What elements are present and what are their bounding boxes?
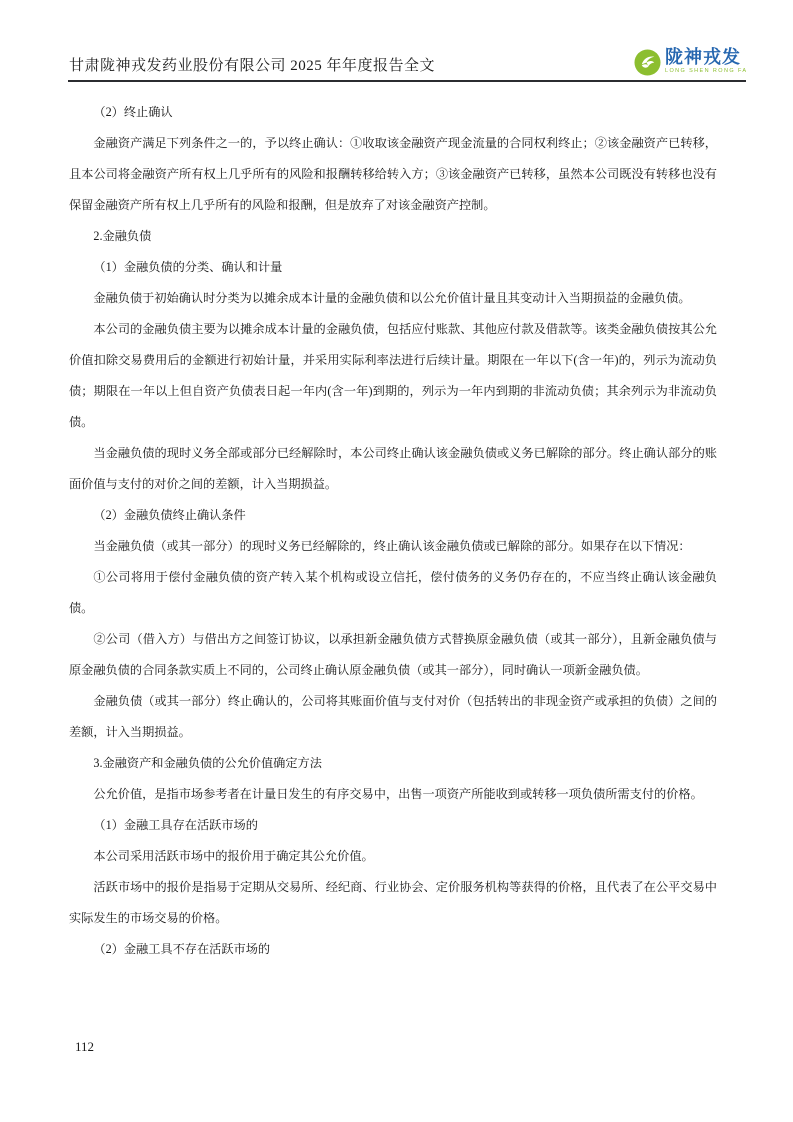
page-number: 112 bbox=[75, 1038, 94, 1056]
paragraph: ②公司（借入方）与借出方之间签订协议，以承担新金融负债方式替换原金融负债（或其一… bbox=[69, 624, 717, 686]
report-page: 甘肃陇神戎发药业股份有限公司 2025 年年度报告全文 陇神戎发 LONG SH… bbox=[0, 0, 793, 1122]
company-logo-text: 陇神戎发 LONG SHEN RONG FA bbox=[665, 47, 747, 75]
paragraph-heading: （2）终止确认 bbox=[69, 97, 717, 128]
paragraph: 本公司采用活跃市场中的报价用于确定其公允价值。 bbox=[69, 841, 717, 872]
paragraph: 活跃市场中的报价是指易于定期从交易所、经纪商、行业协会、定价服务机构等获得的价格… bbox=[69, 872, 717, 934]
paragraph: 金融负债（或其一部分）终止确认的，公司将其账面价值与支付对价（包括转出的非现金资… bbox=[69, 686, 717, 748]
paragraph: ①公司将用于偿付金融负债的资产转入某个机构或设立信托，偿付债务的义务仍存在的，不… bbox=[69, 562, 717, 624]
paragraph-heading: （2）金融工具不存在活跃市场的 bbox=[69, 934, 717, 965]
paragraph: 当金融负债（或其一部分）的现时义务已经解除的，终止确认该金融负债或已解除的部分。… bbox=[69, 531, 717, 562]
paragraph-heading: （1）金融工具存在活跃市场的 bbox=[69, 810, 717, 841]
report-body: （2）终止确认 金融资产满足下列条件之一的，予以终止确认：①收取该金融资产现金流… bbox=[69, 97, 717, 965]
paragraph-heading: 2.金融负债 bbox=[69, 221, 717, 252]
company-logo: 陇神戎发 LONG SHEN RONG FA bbox=[634, 47, 748, 79]
paragraph: 金融负债于初始确认时分类为以摊余成本计量的金融负债和以公允价值计量且其变动计入当… bbox=[69, 283, 717, 314]
paragraph-heading: （1）金融负债的分类、确认和计量 bbox=[69, 252, 717, 283]
paragraph: 当金融负债的现时义务全部或部分已经解除时，本公司终止确认该金融负债或义务已解除的… bbox=[69, 438, 717, 500]
paragraph-heading: （2）金融负债终止确认条件 bbox=[69, 500, 717, 531]
company-logo-name-cn: 陇神戎发 bbox=[665, 47, 747, 67]
company-logo-icon bbox=[634, 49, 661, 76]
header-divider-line bbox=[68, 80, 746, 82]
paragraph: 公允价值，是指市场参考者在计量日发生的有序交易中，出售一项资产所能收到或转移一项… bbox=[69, 779, 717, 810]
paragraph-heading: 3.金融资产和金融负债的公允价值确定方法 bbox=[69, 748, 717, 779]
report-header-title: 甘肃陇神戎发药业股份有限公司 2025 年年度报告全文 bbox=[69, 56, 435, 76]
paragraph: 本公司的金融负债主要为以摊余成本计量的金融负债，包括应付账款、其他应付款及借款等… bbox=[69, 314, 717, 438]
paragraph: 金融资产满足下列条件之一的，予以终止确认：①收取该金融资产现金流量的合同权利终止… bbox=[69, 128, 717, 221]
company-logo-name-en: LONG SHEN RONG FA bbox=[665, 68, 747, 75]
